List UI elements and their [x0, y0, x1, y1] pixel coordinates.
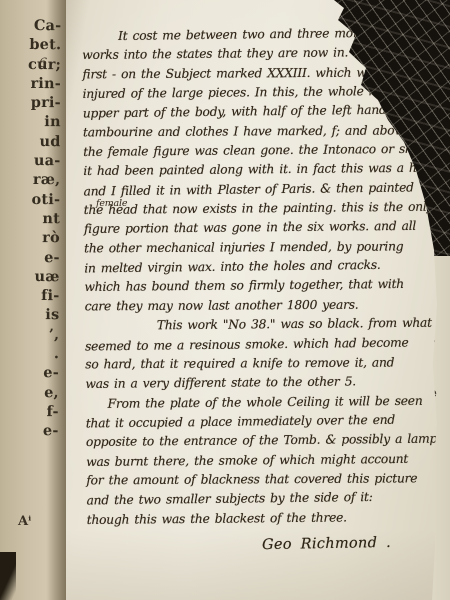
printed-fragment: pri-	[7, 93, 61, 113]
printed-fragment: f-	[5, 402, 59, 422]
manuscript-line: so hard, that it required a knife to rem…	[85, 353, 443, 375]
manuscript-line: works into the states that they are now …	[82, 43, 440, 66]
manuscript-line: though this was the blackest of the thre…	[87, 507, 445, 530]
margin-number: 6	[39, 56, 47, 71]
manuscript-line: care they may now last another 1800 year…	[85, 295, 443, 317]
printed-fragment: in	[7, 112, 61, 132]
printed-fragment: .	[5, 344, 59, 364]
printed-fragment: nt	[6, 209, 60, 229]
manuscript-line: figure portion that was gone in the six …	[84, 217, 442, 240]
manuscript-line: was burnt there, the smoke of which migh…	[86, 449, 444, 472]
printed-fragment: ua-	[6, 151, 60, 171]
printed-fragment: is	[5, 305, 59, 325]
printed-fragment: cur;	[7, 54, 61, 74]
printed-fragment: ’,	[5, 325, 59, 345]
printed-fragment: rin-	[7, 74, 61, 94]
bottom-left-shadow	[0, 552, 16, 600]
printed-fragment: Ca-	[7, 16, 61, 36]
manuscript-line: tambourine and clothes I have marked, f;…	[83, 121, 441, 143]
manuscript-line: and I filled it in with Plaster of Paris…	[83, 178, 441, 202]
manuscript-line: injured of the large pieces. In this, th…	[83, 82, 441, 105]
printed-fragment: Aⁱ	[18, 514, 31, 529]
printed-fragment: ræ,	[6, 170, 60, 190]
printed-fragment: e-	[6, 247, 60, 267]
printed-fragment: bet.	[7, 35, 61, 55]
left-page-text-column: Ca- bet. cur; rin- pri- in ud ua- ræ, ot…	[5, 16, 62, 441]
printed-fragment: oti-	[6, 189, 60, 209]
printed-fragment: rò	[6, 228, 60, 248]
manuscript-line: It cost me between two and three months,…	[82, 23, 440, 47]
handwritten-text-block: It cost me between two and three months,…	[82, 24, 445, 530]
printed-fragment: e,	[5, 382, 59, 402]
manuscript-page: It cost me between two and three months,…	[66, 0, 450, 600]
printed-fragment: uæ	[6, 267, 60, 287]
signature: Geo Richmond .	[262, 535, 391, 553]
photo-open-book: { "manuscript": { "margin_number": "6", …	[0, 0, 450, 600]
printed-fragment: fi-	[5, 286, 59, 306]
interline-insertion: female	[96, 198, 127, 209]
printed-fragment: e-	[5, 421, 59, 441]
printed-fragment: e-	[5, 363, 59, 383]
manuscript-line: which has bound them so firmly together,…	[84, 275, 442, 298]
printed-fragment: ud	[7, 132, 61, 152]
manuscript-line: first - on the Subject marked XXXIII. wh…	[82, 63, 440, 85]
